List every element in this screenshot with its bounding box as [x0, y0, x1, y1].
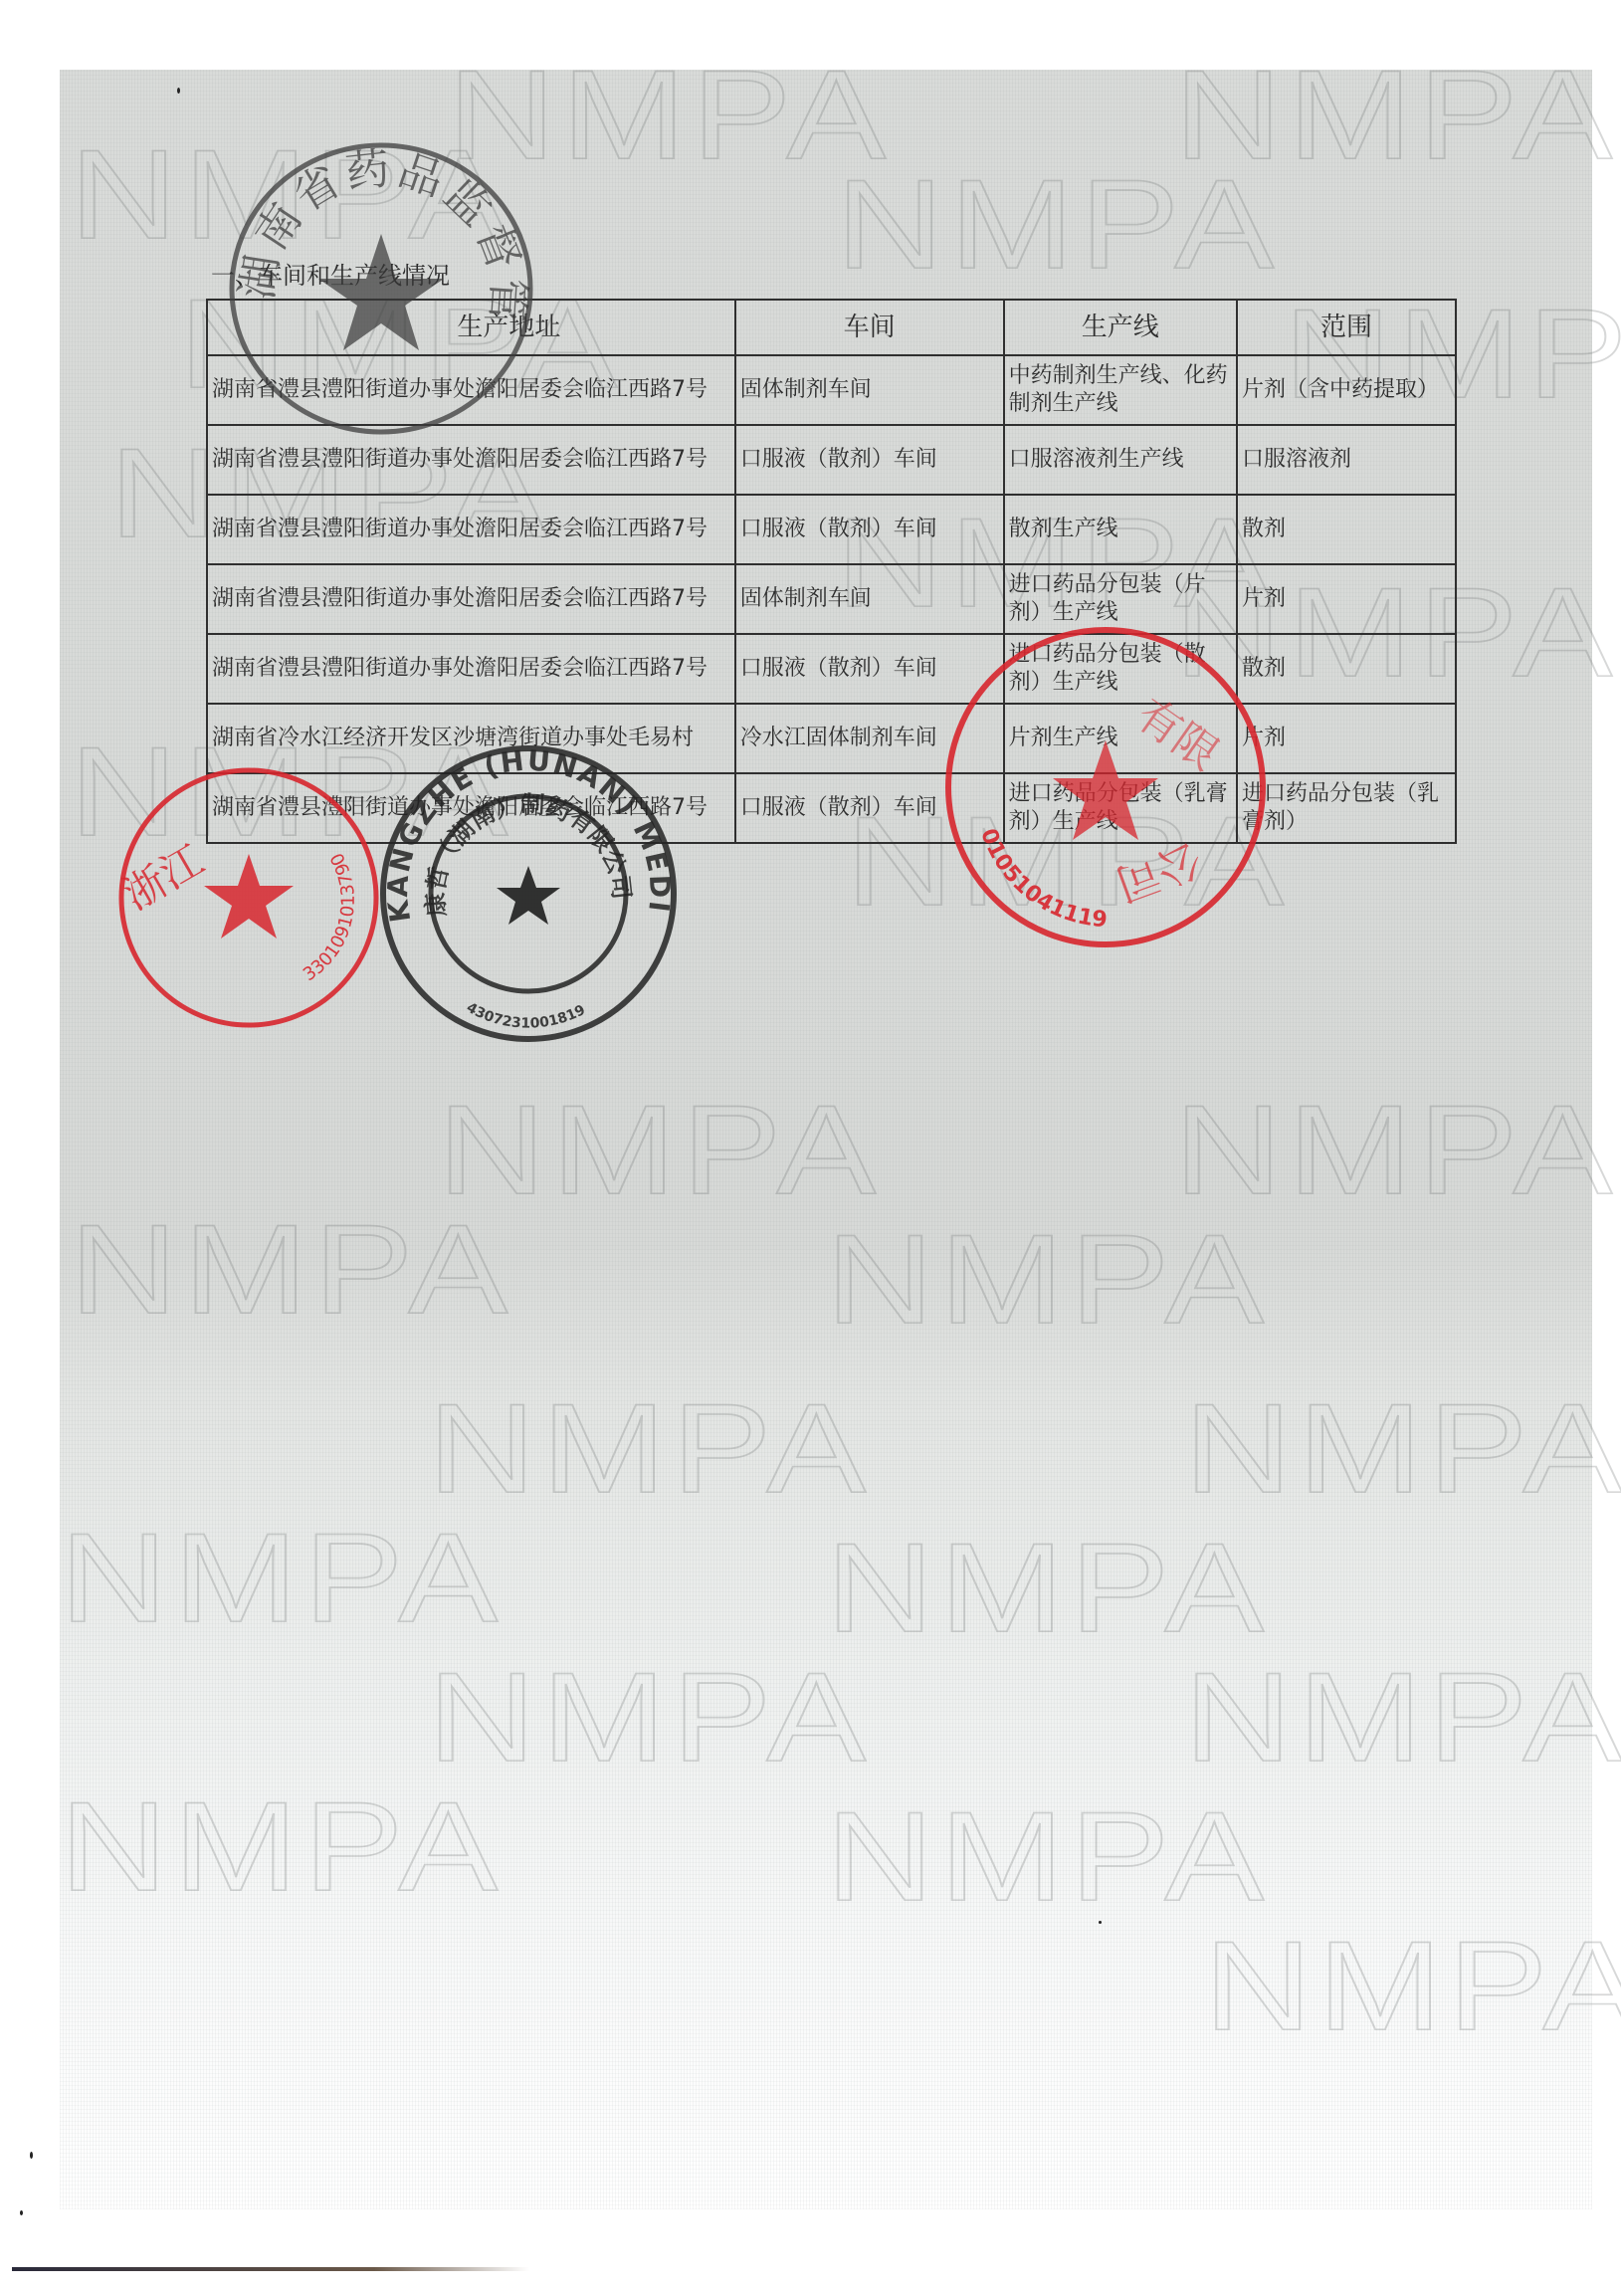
- address-cell: 湖南省澧县澧阳街道办事处澹阳居委会临江西路7号: [207, 425, 735, 495]
- scope-cell-text: 片剂: [1242, 585, 1451, 613]
- scope-cell: 片剂: [1237, 564, 1456, 634]
- production-line-cell: 口服溶液剂生产线: [1004, 425, 1237, 495]
- workshop-cell: 口服液（散剂）车间: [735, 773, 1004, 843]
- address-cell-text: 湖南省澧县澧阳街道办事处澹阳居委会临江西路7号: [212, 794, 730, 822]
- address-cell-text: 湖南省澧县澧阳街道办事处澹阳居委会临江西路7号: [212, 376, 730, 404]
- scan-speck: [30, 2152, 33, 2159]
- nmpa-watermark: NMPA: [1184, 1384, 1621, 1512]
- nmpa-watermark: NMPA: [428, 1384, 872, 1512]
- header-workshop: 车间: [735, 300, 1004, 355]
- scope-cell-text: 片剂: [1242, 725, 1451, 752]
- nmpa-watermark: NMPA: [438, 1086, 882, 1213]
- address-cell: 湖南省澧县澧阳街道办事处澹阳居委会临江西路7号: [207, 634, 735, 704]
- production-line-cell: 进口药品分包装（片剂）生产线: [1004, 564, 1237, 634]
- table-row: 湖南省澧县澧阳街道办事处澹阳居委会临江西路7号固体制剂车间进口药品分包装（片剂）…: [207, 564, 1456, 634]
- production-line-cell-text: 散剂生产线: [1009, 516, 1232, 543]
- workshop-cell: 口服液（散剂）车间: [735, 495, 1004, 564]
- nmpa-watermark: NMPA: [1174, 1086, 1618, 1213]
- scope-cell: 散剂: [1237, 495, 1456, 564]
- address-cell: 湖南省澧县澧阳街道办事处澹阳居委会临江西路7号: [207, 355, 735, 425]
- address-cell: 湖南省澧县澧阳街道办事处澹阳居委会临江西路7号: [207, 495, 735, 564]
- header-production-line: 生产线: [1004, 300, 1237, 355]
- workshop-cell-text: 口服液（散剂）车间: [740, 794, 999, 822]
- address-cell: 湖南省澧县澧阳街道办事处澹阳居委会临江西路7号: [207, 564, 735, 634]
- nmpa-watermark: NMPA: [60, 1514, 504, 1641]
- production-line-cell-text: 片剂生产线: [1009, 725, 1232, 752]
- address-cell-text: 湖南省澧县澧阳街道办事处澹阳居委会临江西路7号: [212, 516, 730, 543]
- production-line-cell-text: 进口药品分包装（散剂）生产线: [1009, 641, 1232, 697]
- production-line-cell: 中药制剂生产线、化药制剂生产线: [1004, 355, 1237, 425]
- address-cell-text: 湖南省冷水江经济开发区沙塘湾街道办事处毛易村: [212, 725, 730, 752]
- nmpa-watermark: NMPA: [1184, 1653, 1621, 1780]
- nmpa-watermark: NMPA: [826, 1792, 1270, 1920]
- production-line-cell: 散剂生产线: [1004, 495, 1237, 564]
- scope-cell: 口服溶液剂: [1237, 425, 1456, 495]
- nmpa-watermark: NMPA: [70, 1205, 513, 1333]
- production-line-cell-text: 进口药品分包装（乳膏剂）生产线: [1009, 780, 1232, 836]
- nmpa-watermark: NMPA: [826, 1215, 1270, 1343]
- workshop-cell-text: 口服液（散剂）车间: [740, 516, 999, 543]
- table-row: 湖南省澧县澧阳街道办事处澹阳居委会临江西路7号口服液（散剂）车间进口药品分包装（…: [207, 773, 1456, 843]
- header-address: 生产地址: [207, 300, 735, 355]
- address-cell: 湖南省澧县澧阳街道办事处澹阳居委会临江西路7号: [207, 773, 735, 843]
- scope-cell: 片剂: [1237, 704, 1456, 773]
- scope-cell: 散剂: [1237, 634, 1456, 704]
- nmpa-watermark: NMPA: [70, 130, 513, 258]
- workshop-cell: 冷水江固体制剂车间: [735, 704, 1004, 773]
- production-line-cell: 进口药品分包装（散剂）生产线: [1004, 634, 1237, 704]
- workshop-cell: 固体制剂车间: [735, 564, 1004, 634]
- table-row: 湖南省冷水江经济开发区沙塘湾街道办事处毛易村冷水江固体制剂车间片剂生产线片剂: [207, 704, 1456, 773]
- table-row: 湖南省澧县澧阳街道办事处澹阳居委会临江西路7号口服液（散剂）车间口服溶液剂生产线…: [207, 425, 1456, 495]
- table-header-row: 生产地址 车间 生产线 范围: [207, 300, 1456, 355]
- scan-speck: [177, 88, 180, 94]
- workshop-cell: 口服液（散剂）车间: [735, 634, 1004, 704]
- production-line-cell-text: 口服溶液剂生产线: [1009, 446, 1232, 474]
- workshop-cell: 口服液（散剂）车间: [735, 425, 1004, 495]
- table-row: 湖南省澧县澧阳街道办事处澹阳居委会临江西路7号固体制剂车间中药制剂生产线、化药制…: [207, 355, 1456, 425]
- scope-cell-text: 散剂: [1242, 655, 1451, 683]
- scan-speck: [20, 2210, 23, 2215]
- address-cell-text: 湖南省澧县澧阳街道办事处澹阳居委会临江西路7号: [212, 585, 730, 613]
- table-row: 湖南省澧县澧阳街道办事处澹阳居委会临江西路7号口服液（散剂）车间散剂生产线散剂: [207, 495, 1456, 564]
- scope-cell: 进口药品分包装（乳膏剂）: [1237, 773, 1456, 843]
- scope-cell: 片剂（含中药提取）: [1237, 355, 1456, 425]
- scope-cell-text: 进口药品分包装（乳膏剂）: [1242, 780, 1451, 836]
- header-scope: 范围: [1237, 300, 1456, 355]
- table-row: 湖南省澧县澧阳街道办事处澹阳居委会临江西路7号口服液（散剂）车间进口药品分包装（…: [207, 634, 1456, 704]
- production-line-cell: 进口药品分包装（乳膏剂）生产线: [1004, 773, 1237, 843]
- production-line-cell: 片剂生产线: [1004, 704, 1237, 773]
- nmpa-watermark: NMPA: [826, 1524, 1270, 1651]
- workshop-cell-text: 口服液（散剂）车间: [740, 655, 999, 683]
- scope-cell-text: 片剂（含中药提取）: [1242, 376, 1451, 404]
- nmpa-watermark: NMPA: [448, 51, 892, 178]
- workshop-cell-text: 固体制剂车间: [740, 376, 999, 404]
- nmpa-watermark: NMPA: [836, 160, 1280, 288]
- nmpa-watermark: NMPA: [428, 1653, 872, 1780]
- production-line-cell-text: 进口药品分包装（片剂）生产线: [1009, 571, 1232, 627]
- nmpa-watermark: NMPA: [1204, 1922, 1621, 2049]
- scan-speck: [1099, 1921, 1102, 1924]
- section-title: 一、车间和生产线情况: [211, 256, 450, 291]
- workshop-cell-text: 口服液（散剂）车间: [740, 446, 999, 474]
- address-cell-text: 湖南省澧县澧阳街道办事处澹阳居委会临江西路7号: [212, 446, 730, 474]
- scope-cell-text: 口服溶液剂: [1242, 446, 1451, 474]
- scan-edge-rule: [12, 2267, 529, 2271]
- workshop-production-line-table: 生产地址 车间 生产线 范围 湖南省澧县澧阳街道办事处澹阳居委会临江西路7号固体…: [206, 299, 1457, 844]
- scope-cell-text: 散剂: [1242, 516, 1451, 543]
- workshop-cell-text: 冷水江固体制剂车间: [740, 725, 999, 752]
- address-cell-text: 湖南省澧县澧阳街道办事处澹阳居委会临江西路7号: [212, 655, 730, 683]
- nmpa-watermark: NMPA: [60, 1782, 504, 1910]
- production-line-cell-text: 中药制剂生产线、化药制剂生产线: [1009, 362, 1232, 418]
- address-cell: 湖南省冷水江经济开发区沙塘湾街道办事处毛易村: [207, 704, 735, 773]
- workshop-cell: 固体制剂车间: [735, 355, 1004, 425]
- workshop-cell-text: 固体制剂车间: [740, 585, 999, 613]
